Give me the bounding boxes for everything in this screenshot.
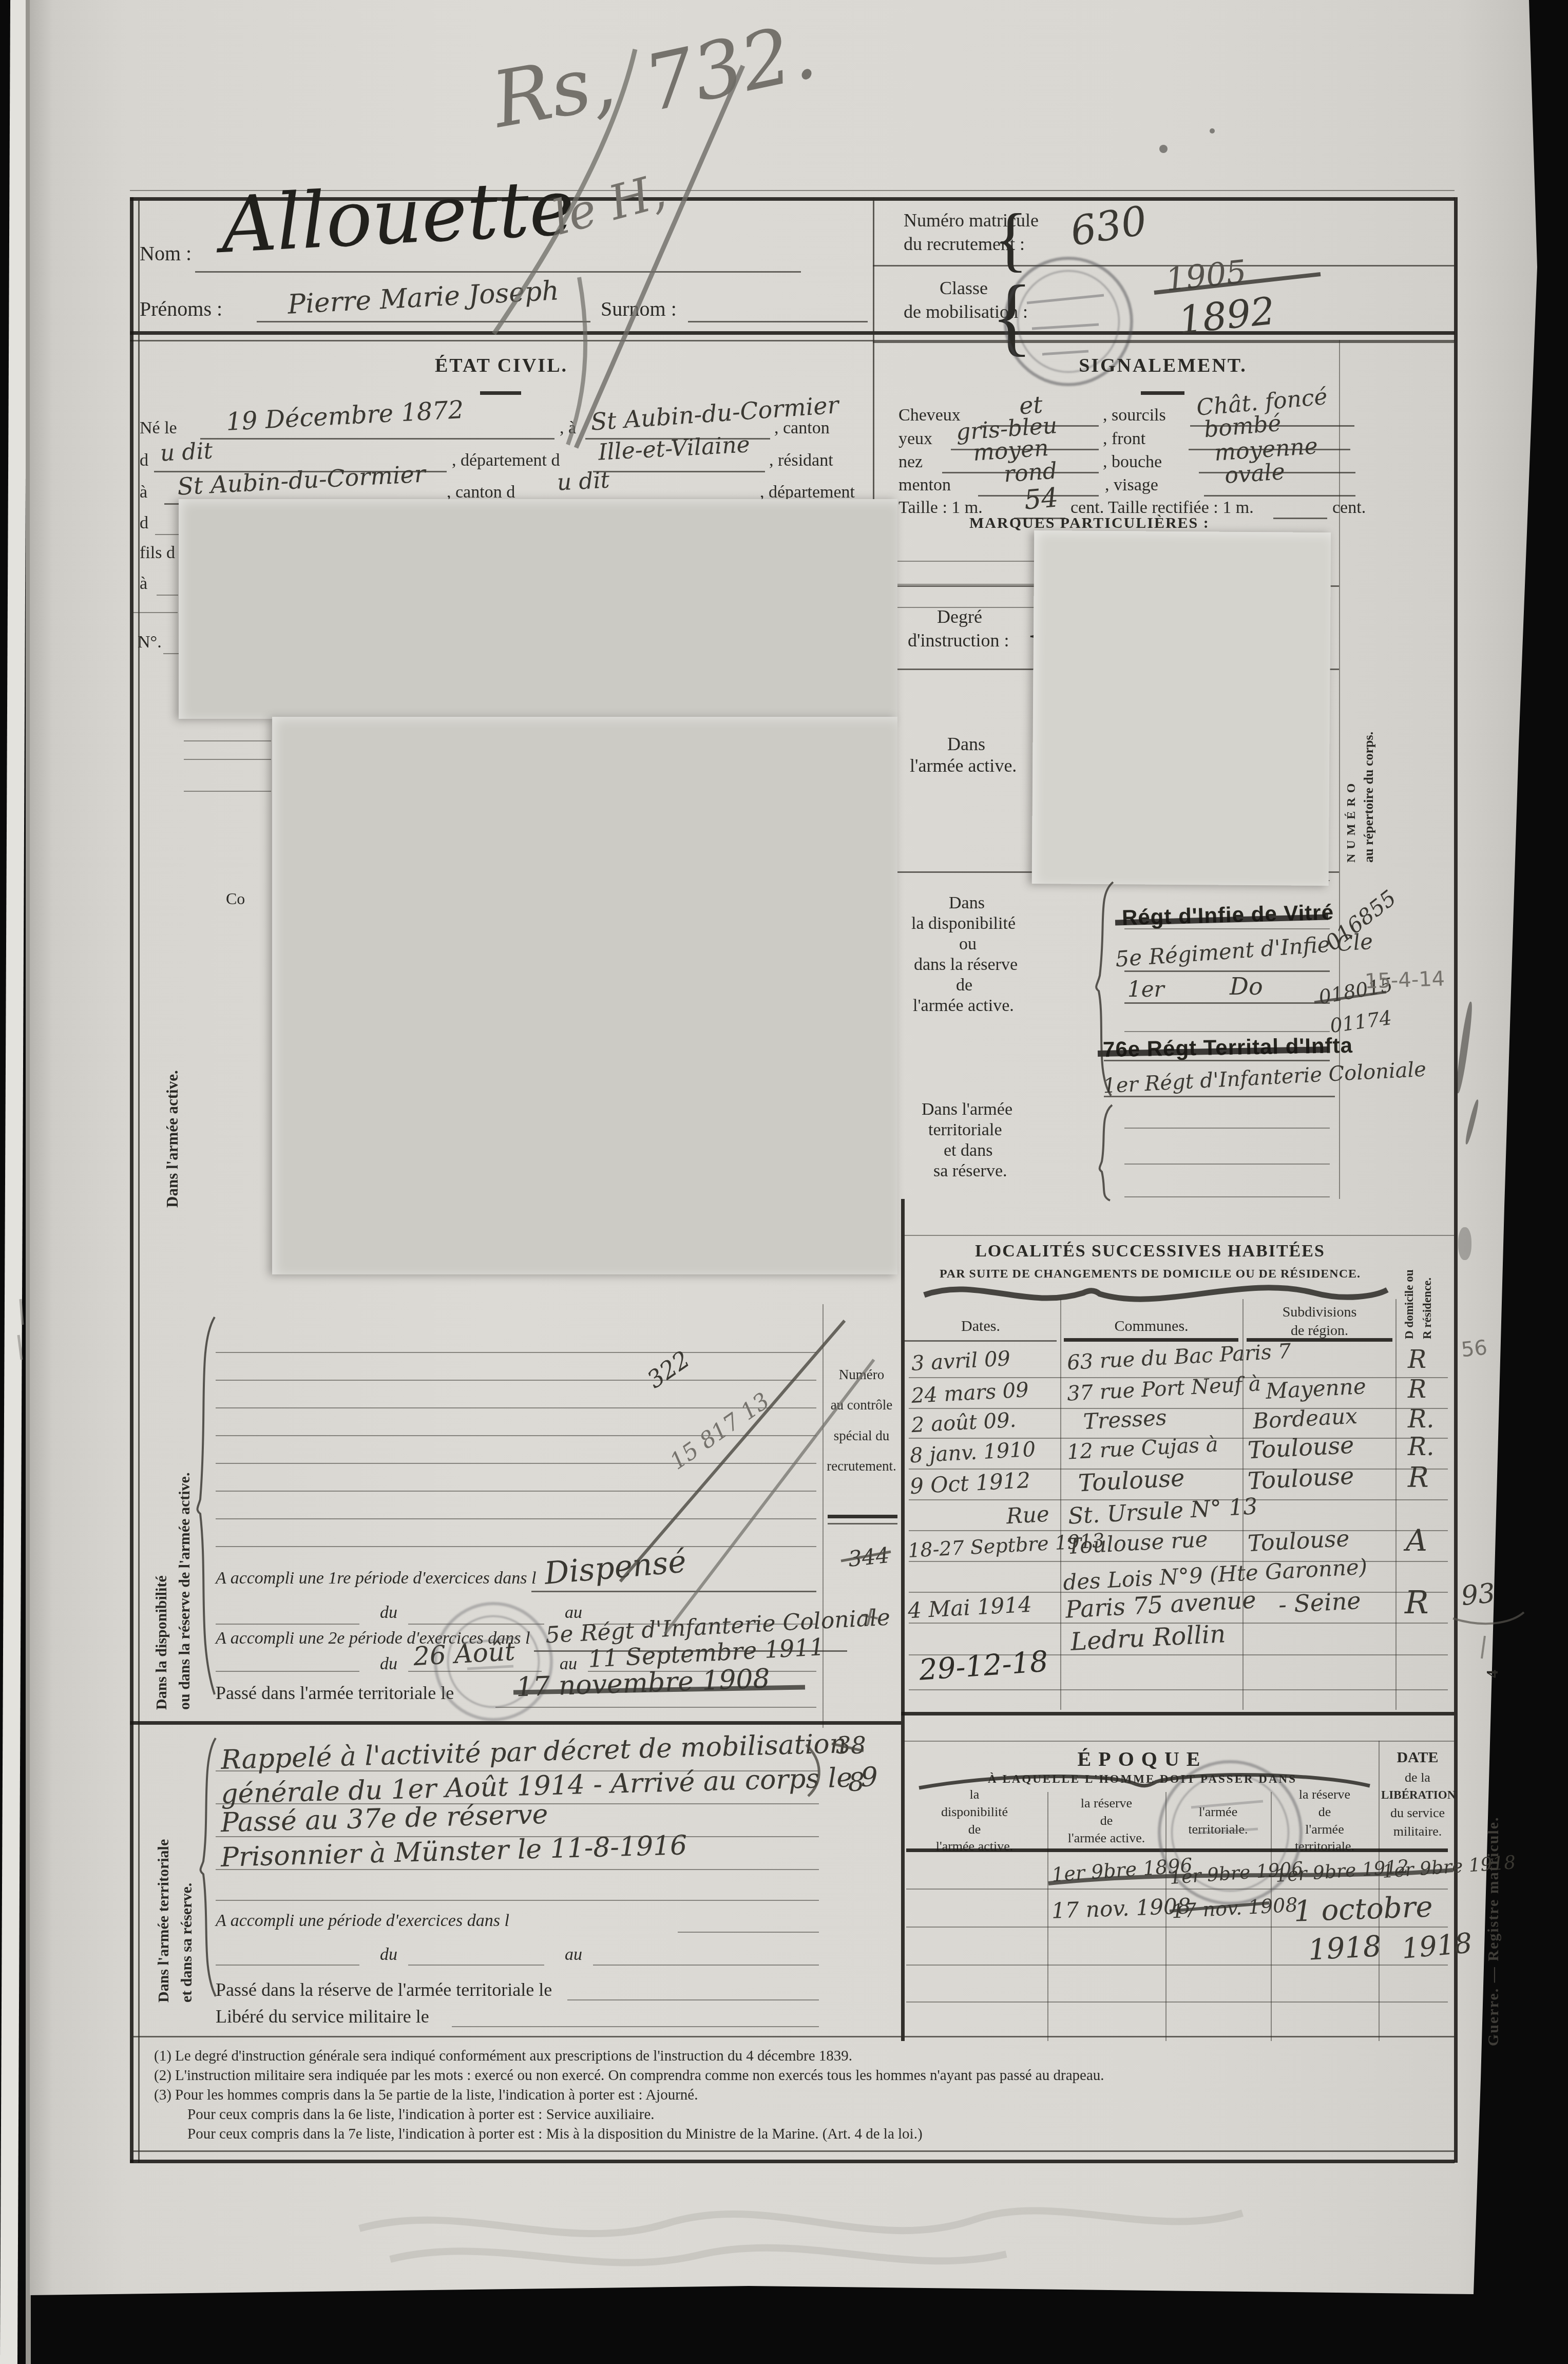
scanned-register-page: Nom : Allouette Prénoms : Pierre Marie J… bbox=[0, 0, 1568, 2364]
stroke-overlay bbox=[0, 0, 1568, 2364]
